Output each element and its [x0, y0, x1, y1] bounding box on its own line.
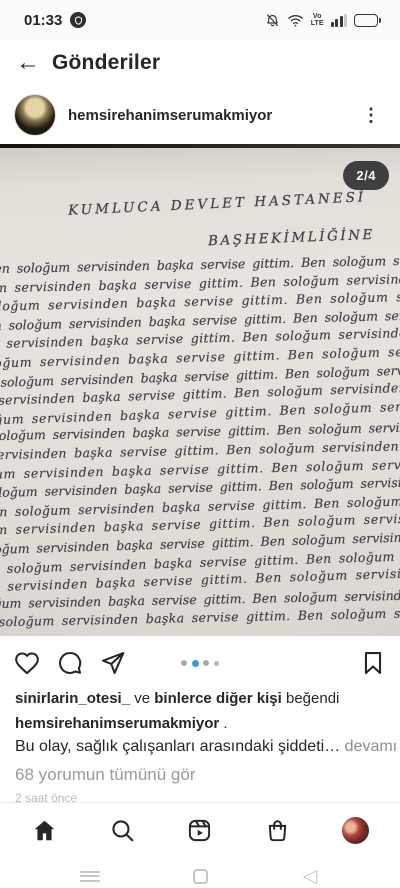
status-bar: 01:33 Vo LTE: [0, 0, 400, 40]
back-button[interactable]: ←: [16, 51, 52, 75]
wifi-icon: [287, 13, 304, 27]
likes-others[interactable]: binlerce diğer kişi: [154, 690, 282, 707]
post-avatar[interactable]: [14, 94, 56, 136]
battery-icon: [354, 14, 378, 27]
pager-dot: [181, 660, 187, 666]
nav-profile-avatar: [342, 817, 369, 844]
android-navigation-bar: ◁: [0, 858, 400, 888]
letter-heading-line2: BAŞHEKİMLİĞİNE: [208, 227, 375, 249]
android-menu-key[interactable]: [70, 868, 110, 884]
nav-reels-button[interactable]: [176, 809, 224, 853]
clock: 01:33: [24, 12, 62, 29]
nav-profile-button[interactable]: [331, 809, 379, 853]
liker-username[interactable]: sinirlarin_otesi_: [15, 690, 130, 707]
page-title: Gönderiler: [52, 51, 160, 75]
post-action-bar: [0, 636, 400, 690]
caption-text: Bu olay, sağlık çalışanları arasındaki ş…: [15, 738, 340, 755]
signal-bars-icon: [331, 14, 348, 27]
nav-search-button[interactable]: [98, 809, 146, 853]
post-timestamp: 2 saat önce: [0, 787, 400, 802]
android-back-key[interactable]: ◁: [290, 867, 330, 886]
share-button[interactable]: [100, 650, 126, 676]
page-header: ← Gönderiler: [0, 40, 400, 86]
post-header: hemsirehanimserumakmiyor ⋮: [0, 86, 400, 144]
post-photo-carousel[interactable]: KUMLUCA DEVLET HASTANESİ BAŞHEKİMLİĞİNE …: [0, 144, 400, 636]
instagram-app-screen: 01:33 Vo LTE ←: [0, 0, 400, 888]
letter-heading-line1: KUMLUCA DEVLET HASTANESİ: [68, 189, 367, 219]
save-button[interactable]: [360, 650, 386, 676]
caption-username[interactable]: hemsirehanimserumakmiyor: [15, 715, 219, 732]
pager-dot: [192, 660, 199, 667]
like-button[interactable]: [14, 650, 40, 676]
volte-icon: Vo LTE: [311, 13, 324, 27]
pager-dot: [203, 660, 209, 666]
bottom-navigation: [0, 802, 400, 858]
more-options-button[interactable]: ⋮: [356, 105, 386, 125]
likes-line: sinirlarin_otesi_ ve binlerce diğer kişi…: [0, 690, 400, 712]
caption-username-line: hemsirehanimserumakmiyor .: [0, 712, 400, 736]
letter-lines: Ben soloğum servisinden başka servise gi…: [0, 253, 400, 636]
vpn-icon: [70, 12, 86, 28]
nav-home-button[interactable]: [21, 809, 69, 853]
caption-more-link[interactable]: devamı: [340, 738, 397, 755]
view-comments-link[interactable]: 68 yorumun tümünü gör: [0, 760, 400, 787]
post-username[interactable]: hemsirehanimserumakmiyor: [68, 107, 272, 124]
notifications-off-icon: [265, 13, 280, 28]
nav-shop-button[interactable]: [254, 809, 302, 853]
comment-button[interactable]: [57, 650, 83, 676]
android-home-key[interactable]: [180, 869, 220, 884]
pager-dot: [214, 661, 219, 666]
carousel-page-badge: 2/4: [343, 161, 389, 190]
caption-text-line: Bu olay, sağlık çalışanları arasındaki ş…: [0, 736, 400, 760]
